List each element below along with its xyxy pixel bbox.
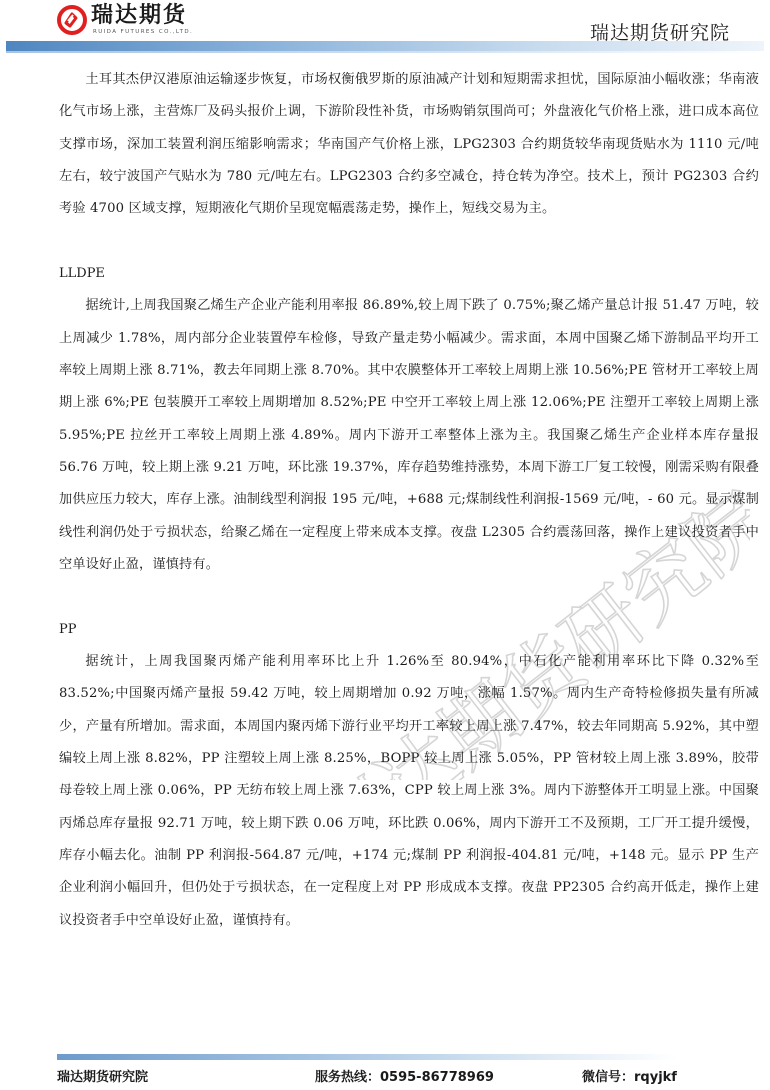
footer-wechat: 微信号：rqyjkf [582, 1066, 677, 1085]
footer-org: 瑞达期货研究院 [57, 1066, 148, 1085]
report-body: 土耳其杰伊汉港原油运输逐步恢复，市场权衡俄罗斯的原油减产计划和短期需求担忧，国际… [59, 64, 759, 937]
lpg-paragraph: 土耳其杰伊汉港原油运输逐步恢复，市场权衡俄罗斯的原油减产计划和短期需求担忧，国际… [59, 64, 759, 225]
section-title-pp: PP [59, 614, 759, 646]
ruida-logo-icon [57, 5, 87, 35]
page-footer: 瑞达期货研究院 服务热线：0595-86778969 微信号：rqyjkf [57, 1066, 747, 1086]
pp-paragraph: 据统计，上周我国聚丙烯产能利用率环比上升 1.26%至 80.94%，中石化产能… [59, 646, 759, 937]
page-header: 瑞达期货 RUIDA FUTURES CO.,LTD. 瑞达期货研究院 [0, 0, 770, 55]
footer-gradient-bar [57, 1054, 677, 1060]
logo-english-name: RUIDA FUTURES CO.,LTD. [93, 28, 193, 36]
header-gradient-bar [6, 41, 764, 51]
company-logo: 瑞达期货 RUIDA FUTURES CO.,LTD. [57, 4, 193, 36]
footer-hotline: 服务热线：0595-86778969 [315, 1066, 494, 1085]
section-title-lldpe: LLDPE [59, 258, 759, 290]
logo-chinese-name: 瑞达期货 [91, 4, 193, 28]
lldpe-paragraph: 据统计,上周我国聚乙烯生产企业产能利用率报 86.89%,较上周下跌了 0.75… [59, 290, 759, 581]
header-divider [6, 51, 764, 53]
